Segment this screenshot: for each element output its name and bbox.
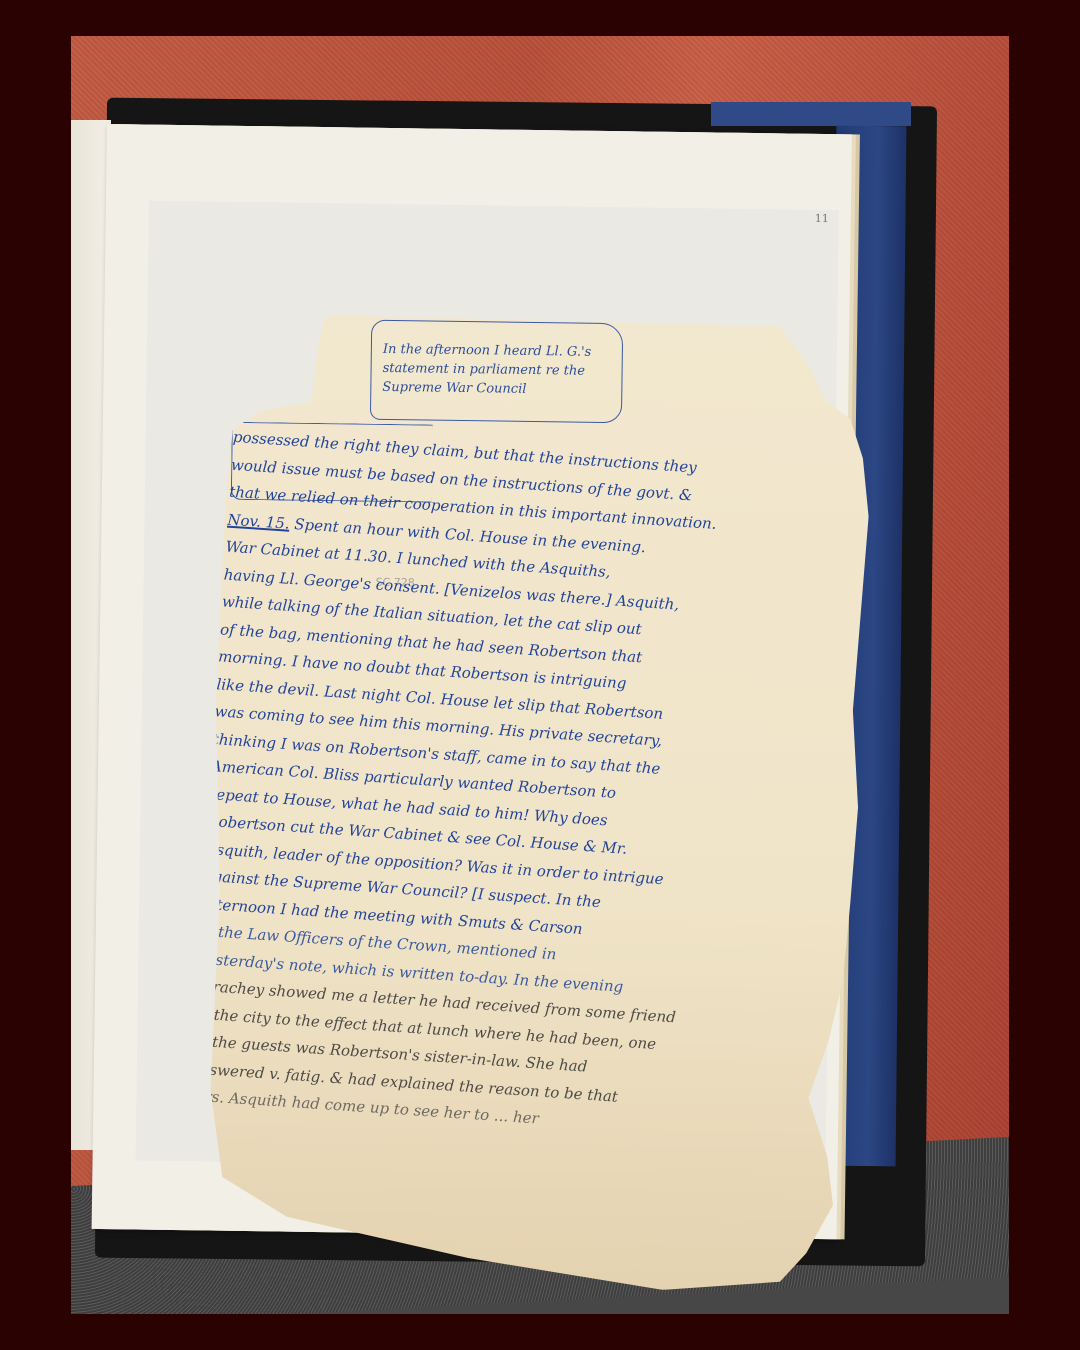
page-number: 11	[815, 212, 829, 225]
book-page: 11 In the afternoon I heard Ll. G.'s sta…	[92, 124, 852, 1239]
book-cover-blue-edge	[711, 102, 911, 126]
balloon-line: Supreme War Council	[382, 378, 622, 400]
photograph: 11 In the afternoon I heard Ll. G.'s sta…	[71, 36, 1009, 1314]
manuscript-body: possessed the right they claim, but that…	[188, 424, 852, 1151]
insert-balloon-text: In the afternoon I heard Ll. G.'s statem…	[382, 340, 623, 400]
manuscript-scrap: In the afternoon I heard Ll. G.'s statem…	[208, 314, 871, 1293]
date-heading: Nov. 15.	[227, 510, 290, 532]
